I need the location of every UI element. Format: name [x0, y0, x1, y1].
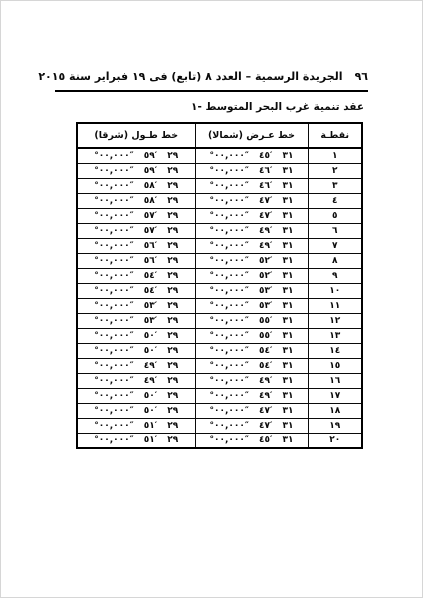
- header-rule: [55, 90, 368, 92]
- latitude-value: °٣١ ′٥٤ ″٠٠,٠٠٠: [196, 361, 308, 371]
- longitude-value: °٢٩ ′٥٩ ″٠٠,٠٠٠: [78, 151, 195, 161]
- table-row: ١١ °٣١ ′٥٣ ″٠٠,٠٠٠ °٢٩ ′٥٣ ″٠٠,٠٠٠: [77, 298, 362, 313]
- page-header: ٩٦ الجريدة الرسمية – العدد ٨ (تابع) فى ١…: [38, 70, 368, 83]
- latitude-value: °٣١ ′٤٩ ″٠٠,٠٠٠: [196, 226, 308, 236]
- table-row: ٩ °٣١ ′٥٢ ″٠٠,٠٠٠ °٢٩ ′٥٤ ″٠٠,٠٠٠: [77, 268, 362, 283]
- table-row: ١٥ °٣١ ′٥٤ ″٠٠,٠٠٠ °٢٩ ′٤٩ ″٠٠,٠٠٠: [77, 358, 362, 373]
- latitude-value: °٣١ ′٥٤ ″٠٠,٠٠٠: [196, 346, 308, 356]
- longitude-value: °٢٩ ′٥٣ ″٠٠,٠٠٠: [78, 301, 195, 311]
- table-row: ١ °٣١ ′٤٥ ″٠٠,٠٠٠ °٢٩ ′٥٩ ″٠٠,٠٠٠: [77, 148, 362, 163]
- latitude-value: °٣١ ′٤٦ ″٠٠,٠٠٠: [196, 166, 308, 176]
- point-number: ١٤: [308, 343, 362, 358]
- header-point: نقطـة: [308, 123, 362, 148]
- latitude-value: °٣١ ′٤٧ ″٠٠,٠٠٠: [196, 211, 308, 221]
- point-number: ١٦: [308, 373, 362, 388]
- latitude-value: °٣١ ′٥٢ ″٠٠,٠٠٠: [196, 256, 308, 266]
- page-number: ٩٦: [355, 70, 368, 83]
- header-latitude: خط عـرض (شمالا): [195, 123, 308, 148]
- longitude-value: °٢٩ ′٥٠ ″٠٠,٠٠٠: [78, 391, 195, 401]
- section-title: عقد تنمية غرب البحر المتوسط -١: [191, 101, 364, 113]
- table-header-row: نقطـة خط عـرض (شمالا) خط طـول (شرقا): [77, 123, 362, 148]
- longitude-value: °٢٩ ′٥٧ ″٠٠,٠٠٠: [78, 211, 195, 221]
- table-row: ٨ °٣١ ′٥٢ ″٠٠,٠٠٠ °٢٩ ′٥٦ ″٠٠,٠٠٠: [77, 253, 362, 268]
- table-row: ٧ °٣١ ′٤٩ ″٠٠,٠٠٠ °٢٩ ′٥٦ ″٠٠,٠٠٠: [77, 238, 362, 253]
- longitude-value: °٢٩ ′٥٨ ″٠٠,٠٠٠: [78, 196, 195, 206]
- table-row: ١٠ °٣١ ′٥٣ ″٠٠,٠٠٠ °٢٩ ′٥٤ ″٠٠,٠٠٠: [77, 283, 362, 298]
- latitude-value: °٣١ ′٤٩ ″٠٠,٠٠٠: [196, 391, 308, 401]
- latitude-value: °٣١ ′٥٣ ″٠٠,٠٠٠: [196, 301, 308, 311]
- point-number: ٥: [308, 208, 362, 223]
- longitude-value: °٢٩ ′٤٩ ″٠٠,٠٠٠: [78, 376, 195, 386]
- longitude-value: °٢٩ ′٥١ ″٠٠,٠٠٠: [78, 435, 195, 445]
- latitude-value: °٣١ ′٤٧ ″٠٠,٠٠٠: [196, 406, 308, 416]
- latitude-value: °٣١ ′٤٥ ″٠٠,٠٠٠: [196, 435, 308, 445]
- longitude-value: °٢٩ ′٥٣ ″٠٠,٠٠٠: [78, 316, 195, 326]
- longitude-value: °٢٩ ′٥٤ ″٠٠,٠٠٠: [78, 271, 195, 281]
- table-row: ٢٠ °٣١ ′٤٥ ″٠٠,٠٠٠ °٢٩ ′٥١ ″٠٠,٠٠٠: [77, 433, 362, 448]
- longitude-value: °٢٩ ′٥٨ ″٠٠,٠٠٠: [78, 181, 195, 191]
- point-number: ١١: [308, 298, 362, 313]
- point-number: ٣: [308, 178, 362, 193]
- point-number: ١: [308, 148, 362, 163]
- point-number: ١٠: [308, 283, 362, 298]
- longitude-value: °٢٩ ′٥٦ ″٠٠,٠٠٠: [78, 241, 195, 251]
- longitude-value: °٢٩ ′٤٩ ″٠٠,٠٠٠: [78, 361, 195, 371]
- point-number: ١٨: [308, 403, 362, 418]
- table-row: ١٩ °٣١ ′٤٧ ″٠٠,٠٠٠ °٢٩ ′٥١ ″٠٠,٠٠٠: [77, 418, 362, 433]
- latitude-value: °٣١ ′٤٦ ″٠٠,٠٠٠: [196, 181, 308, 191]
- longitude-value: °٢٩ ′٥٤ ″٠٠,٠٠٠: [78, 286, 195, 296]
- latitude-value: °٣١ ′٤٧ ″٠٠,٠٠٠: [196, 421, 308, 431]
- point-number: ٧: [308, 238, 362, 253]
- table-row: ٦ °٣١ ′٤٩ ″٠٠,٠٠٠ °٢٩ ′٥٧ ″٠٠,٠٠٠: [77, 223, 362, 238]
- longitude-value: °٢٩ ′٥٦ ″٠٠,٠٠٠: [78, 256, 195, 266]
- point-number: ١٩: [308, 418, 362, 433]
- point-number: ١٣: [308, 328, 362, 343]
- table-row: ١٤ °٣١ ′٥٤ ″٠٠,٠٠٠ °٢٩ ′٥٠ ″٠٠,٠٠٠: [77, 343, 362, 358]
- coordinates-table: نقطـة خط عـرض (شمالا) خط طـول (شرقا) ١ °…: [76, 122, 363, 449]
- point-number: ٢٠: [308, 433, 362, 448]
- table-row: ٢ °٣١ ′٤٦ ″٠٠,٠٠٠ °٢٩ ′٥٩ ″٠٠,٠٠٠: [77, 163, 362, 178]
- latitude-value: °٣١ ′٤٩ ″٠٠,٠٠٠: [196, 376, 308, 386]
- point-number: ٢: [308, 163, 362, 178]
- point-number: ٨: [308, 253, 362, 268]
- longitude-value: °٢٩ ′٥٠ ″٠٠,٠٠٠: [78, 346, 195, 356]
- latitude-value: °٣١ ′٥٣ ″٠٠,٠٠٠: [196, 286, 308, 296]
- header-longitude: خط طـول (شرقا): [77, 123, 195, 148]
- point-number: ١٧: [308, 388, 362, 403]
- point-number: ٦: [308, 223, 362, 238]
- coordinates-table-body: نقطـة خط عـرض (شمالا) خط طـول (شرقا) ١ °…: [77, 123, 362, 448]
- latitude-value: °٣١ ′٥٥ ″٠٠,٠٠٠: [196, 331, 308, 341]
- gazette-page: ٩٦ الجريدة الرسمية – العدد ٨ (تابع) فى ١…: [0, 0, 423, 598]
- longitude-value: °٢٩ ′٥٠ ″٠٠,٠٠٠: [78, 331, 195, 341]
- latitude-value: °٣١ ′٤٩ ″٠٠,٠٠٠: [196, 241, 308, 251]
- table-row: ٤ °٣١ ′٤٧ ″٠٠,٠٠٠ °٢٩ ′٥٨ ″٠٠,٠٠٠: [77, 193, 362, 208]
- point-number: ٩: [308, 268, 362, 283]
- table-row: ١٢ °٣١ ′٥٥ ″٠٠,٠٠٠ °٢٩ ′٥٣ ″٠٠,٠٠٠: [77, 313, 362, 328]
- table-row: ١٧ °٣١ ′٤٩ ″٠٠,٠٠٠ °٢٩ ′٥٠ ″٠٠,٠٠٠: [77, 388, 362, 403]
- latitude-value: °٣١ ′٤٧ ″٠٠,٠٠٠: [196, 196, 308, 206]
- point-number: ١٥: [308, 358, 362, 373]
- latitude-value: °٣١ ′٥٢ ″٠٠,٠٠٠: [196, 271, 308, 281]
- latitude-value: °٣١ ′٤٥ ″٠٠,٠٠٠: [196, 151, 308, 161]
- point-number: ١٢: [308, 313, 362, 328]
- latitude-value: °٣١ ′٥٥ ″٠٠,٠٠٠: [196, 316, 308, 326]
- table-row: ٥ °٣١ ′٤٧ ″٠٠,٠٠٠ °٢٩ ′٥٧ ″٠٠,٠٠٠: [77, 208, 362, 223]
- table-row: ٣ °٣١ ′٤٦ ″٠٠,٠٠٠ °٢٩ ′٥٨ ″٠٠,٠٠٠: [77, 178, 362, 193]
- table-row: ١٦ °٣١ ′٤٩ ″٠٠,٠٠٠ °٢٩ ′٤٩ ″٠٠,٠٠٠: [77, 373, 362, 388]
- longitude-value: °٢٩ ′٥٧ ″٠٠,٠٠٠: [78, 226, 195, 236]
- longitude-value: °٢٩ ′٥٩ ″٠٠,٠٠٠: [78, 166, 195, 176]
- longitude-value: °٢٩ ′٥٠ ″٠٠,٠٠٠: [78, 406, 195, 416]
- table-row: ١٣ °٣١ ′٥٥ ″٠٠,٠٠٠ °٢٩ ′٥٠ ″٠٠,٠٠٠: [77, 328, 362, 343]
- table-row: ١٨ °٣١ ′٤٧ ″٠٠,٠٠٠ °٢٩ ′٥٠ ″٠٠,٠٠٠: [77, 403, 362, 418]
- gazette-title: الجريدة الرسمية – العدد ٨ (تابع) فى ١٩ ف…: [38, 70, 342, 83]
- longitude-value: °٢٩ ′٥١ ″٠٠,٠٠٠: [78, 421, 195, 431]
- point-number: ٤: [308, 193, 362, 208]
